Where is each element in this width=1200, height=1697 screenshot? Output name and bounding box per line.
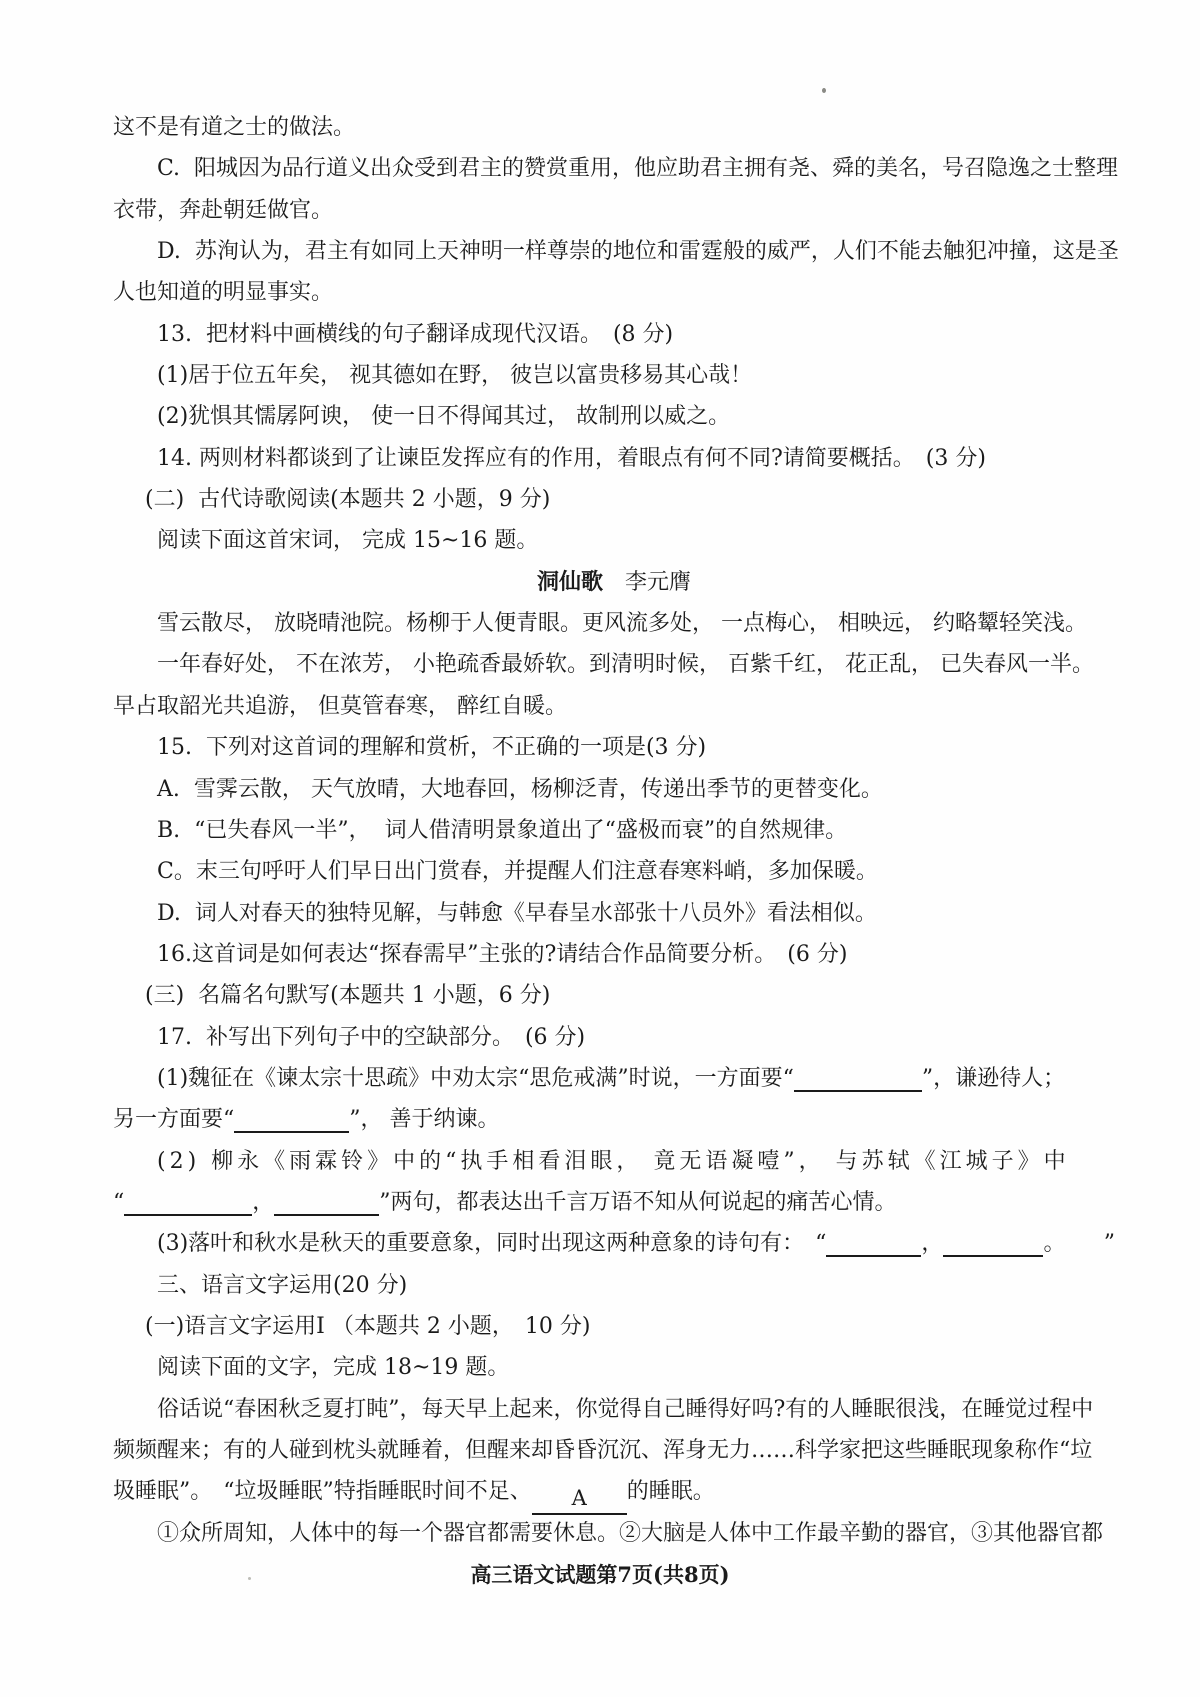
question-17: 17. 补写出下列句子中的空缺部分。 (6 分) [113, 1017, 1115, 1058]
text-segment: 俗话说“春困秋乏夏打盹”，每天早上起来，你觉得自己睡得好吗?有的人睡眠很浅，在睡… [157, 1397, 1093, 1422]
text-segment: ， [921, 1231, 943, 1256]
text-segment: ”， 善于纳谏。 [349, 1107, 499, 1132]
part-3-heading: 三、语言文字运用(20 分) [113, 1265, 1115, 1306]
text-segment: 另一方面要“ [113, 1107, 234, 1132]
text-segment: (三) 名篇名句默写(本题共 1 小题，6 分) [145, 983, 550, 1008]
poem-line-2: 一年春好处， 不在浓芳， 小艳疏香最娇软。到清明时候， 百紫千红， 花正乱， 已… [113, 644, 1115, 685]
scan-artifact-dot [822, 88, 826, 93]
question-13-sentence-1: (1)居于位五年矣， 视其德如在野， 彼岂以富贵移易其心哉！ [113, 355, 1115, 396]
question-16: 16.这首词是如何表达“探春需早”主张的?请结合作品简要分析。 (6 分) [113, 934, 1115, 975]
text-segment: 雪云散尽， 放晓晴池院。杨柳于人便青眼。更风流多处， 一点梅心， 相映远， 约略… [157, 611, 1087, 636]
scan-artifact-speck [248, 1577, 251, 1580]
text-segment: C. 阳城因为品行道义出众受到君主的赞赏重用，他应助君主拥有尧、舜的美名，号召隐… [157, 156, 1118, 181]
option-d-q15: D. 词人对春天的独特见解，与韩愈《早春呈水部张十八员外》看法相似。 [113, 893, 1115, 934]
text-segment: 人也知道的明显事实。 [113, 280, 333, 305]
text-segment: ， [252, 1190, 274, 1215]
text-segment: B. “已失春风一半”， 词人借清明景象道出了“盛极而衰”的自然规律。 [157, 818, 847, 843]
text-segment: 三、语言文字运用(20 分) [157, 1273, 407, 1298]
text-segment: D. 词人对春天的独特见解，与韩愈《早春呈水部张十八员外》看法相似。 [157, 901, 877, 926]
text-segment: (3)落叶和秋水是秋天的重要意象，同时出现这两种意象的诗句有： “ [157, 1231, 826, 1256]
text-segment: D. 苏洵认为，君主有如同上天神明一样尊崇的地位和雷霆般的威严，人们不能去触犯冲… [157, 239, 1119, 264]
part-3-section-1-heading: (一)语言文字运用Ⅰ （本题共 2 小题， 10 分) [113, 1306, 1115, 1347]
question-17-2-continuation: “，”两句，都表达出千言万语不知从何说起的痛苦心情。 [113, 1182, 1115, 1223]
question-17-3: (3)落叶和秋水是秋天的重要意象，同时出现这两种意象的诗句有： “，。” [113, 1223, 1115, 1264]
answer-blank [124, 1184, 252, 1216]
passage-line-3: 圾睡眠”。 “垃圾睡眠”特指睡眠时间不足、A的睡眠。 [113, 1471, 1115, 1512]
text-segment: 阅读下面的文字，完成 18~19 题。 [157, 1355, 509, 1380]
page-footer: 高三语文试题第7页(共8页) [0, 1554, 1200, 1595]
text-segment: 早占取韶光共追游， 但莫管春寒， 醉红自暖。 [113, 694, 567, 719]
paragraph-continuation: 这不是有道之士的做法。 [113, 107, 1115, 148]
text-segment: 这不是有道之士的做法。 [113, 115, 355, 140]
question-13-sentence-2: (2)犹惧其懦孱阿谀， 使一日不得闻其过， 故制刑以威之。 [113, 396, 1115, 437]
text-segment: 一年春好处， 不在浓芳， 小艳疏香最娇软。到清明时候， 百紫千红， 花正乱， 已… [157, 652, 1094, 677]
option-c-q15: C。末三句呼吁人们早日出门赏春，并提醒人们注意春寒料峭，多加保暖。 [113, 851, 1115, 892]
text-segment: 圾睡眠”。 “垃圾睡眠”特指睡眠时间不足、 [113, 1479, 532, 1504]
text-segment: 13. 把材料中画横线的句子翻译成现代汉语。 (8 分) [157, 322, 673, 347]
answer-blank [274, 1184, 379, 1216]
answer-blank: A [532, 1483, 627, 1515]
option-a-q15: A. 雪霁云散， 天气放晴，大地春回，杨柳泛青，传递出季节的更替变化。 [113, 769, 1115, 810]
option-d-q12-continuation: 人也知道的明显事实。 [113, 272, 1115, 313]
poem-line-3: 早占取韶光共追游， 但莫管春寒， 醉红自暖。 [113, 686, 1115, 727]
answer-blank [943, 1225, 1043, 1257]
page-content: 这不是有道之士的做法。C. 阳城因为品行道义出众受到君主的赞赏重用，他应助君主拥… [113, 107, 1115, 1554]
question-17-1: (1)魏征在《谏太宗十思疏》中劝太宗“思危戒满”时说，一方面要“”，谦逊待人； [113, 1058, 1115, 1099]
text-segment: 的睡眠。 [627, 1479, 715, 1504]
text-segment: 。 [1043, 1231, 1065, 1256]
answer-blank [826, 1225, 921, 1257]
exam-page: 这不是有道之士的做法。C. 阳城因为品行道义出众受到君主的赞赏重用，他应助君主拥… [0, 0, 1200, 1697]
text-segment: (一)语言文字运用Ⅰ （本题共 2 小题， 10 分) [145, 1314, 590, 1339]
answer-blank [794, 1060, 922, 1092]
text-segment: 衣带，奔赴朝廷做官。 [113, 198, 333, 223]
text-segment: ”两句，都表达出千言万语不知从何说起的痛苦心情。 [379, 1190, 896, 1215]
text-segment: (1)魏征在《谏太宗十思疏》中劝太宗“思危戒满”时说，一方面要“ [157, 1066, 794, 1091]
question-17-1-continuation: 另一方面要“”， 善于纳谏。 [113, 1099, 1115, 1140]
reading-instruction-passage: 阅读下面的文字，完成 18~19 题。 [113, 1347, 1115, 1388]
question-17-2: (2) 柳永《雨霖铃》中的“执手相看泪眼， 竟无语凝噎”， 与苏轼《江城子》中 [113, 1141, 1115, 1182]
poem-line-1: 雪云散尽， 放晓晴池院。杨柳于人便青眼。更风流多处， 一点梅心， 相映远， 约略… [113, 603, 1115, 644]
text-segment: 15. 下列对这首词的理解和赏析，不正确的一项是(3 分) [157, 735, 706, 760]
text-segment: A. 雪霁云散， 天气放晴，大地春回，杨柳泛青，传递出季节的更替变化。 [157, 777, 883, 802]
text-segment: 阅读下面这首宋词， 完成 15~16 题。 [157, 528, 538, 553]
option-c-q12: C. 阳城因为品行道义出众受到君主的赞赏重用，他应助君主拥有尧、舜的美名，号召隐… [113, 148, 1115, 189]
option-c-q12-continuation: 衣带，奔赴朝廷做官。 [113, 190, 1115, 231]
option-b-q15: B. “已失春风一半”， 词人借清明景象道出了“盛极而衰”的自然规律。 [113, 810, 1115, 851]
text-segment: 16.这首词是如何表达“探春需早”主张的?请结合作品简要分析。 (6 分) [157, 942, 847, 967]
text-segment: (二) 古代诗歌阅读(本题共 2 小题，9 分) [145, 487, 550, 512]
question-14: 14. 两则材料都谈到了让谏臣发挥应有的作用，着眼点有何不同?请简要概括。 (3… [113, 438, 1115, 479]
answer-blank [234, 1101, 349, 1133]
reading-instruction-poem: 阅读下面这首宋词， 完成 15~16 题。 [113, 520, 1115, 561]
text-segment: 李元膺 [603, 570, 691, 595]
text-segment: C。末三句呼吁人们早日出门赏春，并提醒人们注意春寒料峭，多加保暖。 [157, 859, 878, 884]
text-segment: “ [113, 1190, 124, 1215]
text-segment: 洞仙歌 [537, 569, 603, 595]
poem-title-line: 洞仙歌 李元膺 [113, 562, 1115, 603]
question-15: 15. 下列对这首词的理解和赏析，不正确的一项是(3 分) [113, 727, 1115, 768]
closing-quote-right: ” [1104, 1223, 1115, 1264]
text-segment: 14. 两则材料都谈到了让谏臣发挥应有的作用，着眼点有何不同?请简要概括。 (3… [157, 446, 986, 471]
text-segment: (2)犹惧其懦孱阿谀， 使一日不得闻其过， 故制刑以威之。 [157, 404, 730, 429]
section-2-heading: (二) 古代诗歌阅读(本题共 2 小题，9 分) [113, 479, 1115, 520]
text-segment: (2) 柳永《雨霖铃》中的“执手相看泪眼， 竟无语凝噎”， 与苏轼《江城子》中 [157, 1149, 1070, 1174]
text-segment: 17. 补写出下列句子中的空缺部分。 (6 分) [157, 1025, 585, 1050]
passage-line-2: 频频醒来；有的人碰到枕头就睡着，但醒来却昏昏沉沉、浑身无力……科学家把这些睡眠现… [113, 1430, 1115, 1471]
section-3-heading: (三) 名篇名句默写(本题共 1 小题，6 分) [113, 975, 1115, 1016]
passage-line-4: ①众所周知，人体中的每一个器官都需要休息。②大脑是人体中工作最辛勤的器官，③其他… [113, 1513, 1115, 1554]
passage-line-1: 俗话说“春困秋乏夏打盹”，每天早上起来，你觉得自己睡得好吗?有的人睡眠很浅，在睡… [113, 1389, 1115, 1430]
question-13: 13. 把材料中画横线的句子翻译成现代汉语。 (8 分) [113, 314, 1115, 355]
option-d-q12: D. 苏洵认为，君主有如同上天神明一样尊崇的地位和雷霆般的威严，人们不能去触犯冲… [113, 231, 1115, 272]
text-segment: (1)居于位五年矣， 视其德如在野， 彼岂以富贵移易其心哉！ [157, 363, 752, 388]
text-segment: 频频醒来；有的人碰到枕头就睡着，但醒来却昏昏沉沉、浑身无力……科学家把这些睡眠现… [113, 1438, 1092, 1463]
text-segment: ”，谦逊待人； [922, 1066, 1065, 1091]
text-segment: ①众所周知，人体中的每一个器官都需要休息。②大脑是人体中工作最辛勤的器官，③其他… [157, 1521, 1103, 1546]
